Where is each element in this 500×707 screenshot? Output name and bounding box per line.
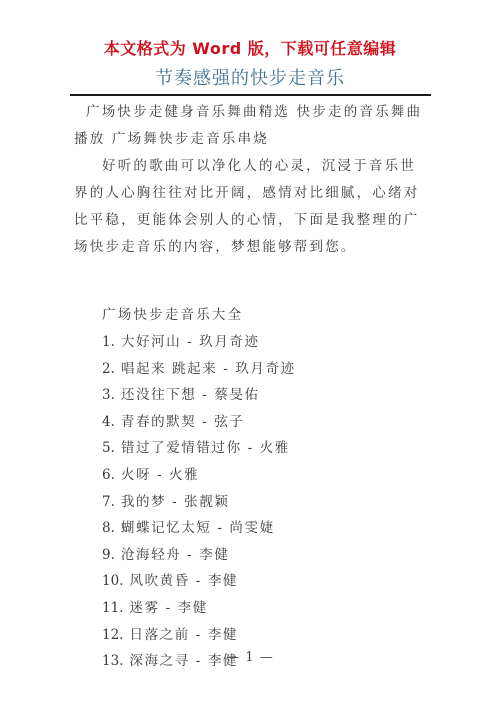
list-item-number: 8.: [102, 520, 115, 536]
list-heading: 广场快步走音乐大全: [74, 302, 428, 329]
list-item: 7.我的梦 - 张靓颖: [102, 489, 428, 516]
document-title: 节奏感强的快步走音乐: [0, 64, 500, 90]
list-item-text: 蝴蝶记忆太短 - 尚雯婕: [121, 520, 275, 536]
list-item-text: 错过了爱情错过你 - 火雅: [121, 440, 290, 456]
list-item-number: 2.: [102, 361, 115, 377]
list-item: 9.沧海轻舟 - 李健: [102, 542, 428, 569]
list-item-text: 青春的默契 - 弦子: [121, 414, 245, 430]
list-item-text: 我的梦 - 张靓颖: [121, 494, 230, 510]
song-list: 1.大好河山 - 玖月奇迹 2.唱起来 跳起来 - 玖月奇迹 3.还没往下想 -…: [74, 329, 428, 675]
list-item: 10.风吹黄昏 - 李健: [102, 568, 428, 595]
list-item-number: 7.: [102, 494, 115, 510]
list-item: 5.错过了爱情错过你 - 火雅: [102, 435, 428, 462]
list-item-number: 10.: [102, 573, 123, 589]
list-item-text: 火呀 - 火雅: [121, 467, 199, 483]
list-item: 11.迷雾 - 李健: [102, 595, 428, 622]
list-item-number: 11.: [102, 600, 123, 616]
lead-paragraph: 广场快步走健身音乐舞曲精选 快步走的音乐舞曲播放 广场舞快步走音乐串烧: [74, 99, 428, 153]
list-item-number: 5.: [102, 440, 115, 456]
list-item-number: 9.: [102, 547, 115, 563]
list-item-text: 还没往下想 - 蔡旻佑: [121, 387, 260, 403]
list-item: 6.火呀 - 火雅: [102, 462, 428, 489]
list-item-text: 迷雾 - 李健: [129, 600, 207, 616]
page-number: — 1 —: [0, 650, 500, 665]
list-item-number: 4.: [102, 414, 115, 430]
list-item-number: 1.: [102, 334, 115, 350]
list-item: 2.唱起来 跳起来 - 玖月奇迹: [102, 356, 428, 383]
list-item: 12.日落之前 - 李健: [102, 622, 428, 649]
list-item: 3.还没往下想 - 蔡旻佑: [102, 382, 428, 409]
list-item-number: 3.: [102, 387, 115, 403]
title-divider: [70, 94, 431, 96]
list-item-text: 风吹黄昏 - 李健: [129, 573, 238, 589]
list-item-number: 6.: [102, 467, 115, 483]
list-item: 8.蝴蝶记忆太短 - 尚雯婕: [102, 515, 428, 542]
list-item-text: 大好河山 - 玖月奇迹: [121, 334, 260, 350]
list-item-number: 12.: [102, 627, 123, 643]
list-item: 1.大好河山 - 玖月奇迹: [102, 329, 428, 356]
blank-line: [74, 261, 428, 288]
list-item: 4.青春的默契 - 弦子: [102, 409, 428, 436]
document-body: 广场快步走健身音乐舞曲精选 快步走的音乐舞曲播放 广场舞快步走音乐串烧 好听的歌…: [74, 99, 428, 675]
list-item-text: 日落之前 - 李健: [129, 627, 238, 643]
format-banner: 本文格式为 Word 版，下载可任意编辑: [0, 36, 500, 59]
list-item-text: 沧海轻舟 - 李健: [121, 547, 230, 563]
intro-paragraph: 好听的歌曲可以净化人的心灵，沉浸于音乐世界的人心胸往往对比开阔，感情对比细腻，心…: [74, 153, 428, 261]
list-item-text: 唱起来 跳起来 - 玖月奇迹: [121, 361, 296, 377]
